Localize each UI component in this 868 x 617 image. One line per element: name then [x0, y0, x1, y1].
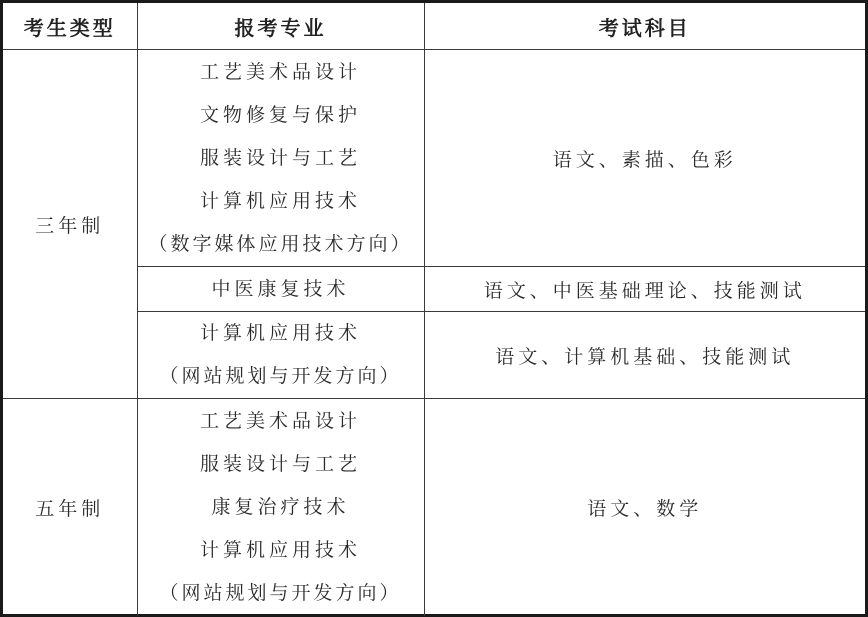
- major-name: 服装设计与工艺: [138, 443, 424, 486]
- student-type-label: 三年制: [35, 215, 104, 237]
- major-name: 服装设计与工艺: [138, 137, 424, 180]
- major-cell: 计算机应用技术 （网站规划与开发方向）: [137, 312, 424, 399]
- header-major: 报考专业: [137, 3, 424, 50]
- exam-subjects: 语文、计算机基础、技能测试: [495, 346, 794, 368]
- admission-subjects-table: 考生类型 报考专业 考试科目 三年制 工艺美术品设计 文物修复与保护 服装设计与…: [3, 3, 865, 616]
- major-name: 康复治疗技术: [138, 486, 424, 529]
- header-exam-subjects: 考试科目: [424, 3, 865, 50]
- table-row: 五年制 工艺美术品设计 服装设计与工艺 康复治疗技术 计算机应用技术 （网站规划…: [3, 399, 865, 616]
- header-row: 考生类型 报考专业 考试科目: [3, 3, 865, 50]
- admission-subjects-table-frame: 考生类型 报考专业 考试科目 三年制 工艺美术品设计 文物修复与保护 服装设计与…: [0, 0, 868, 617]
- student-type-cell: 五年制: [3, 399, 137, 616]
- major-cell: 工艺美术品设计 服装设计与工艺 康复治疗技术 计算机应用技术 （网站规划与开发方…: [137, 399, 424, 616]
- major-direction: （网站规划与开发方向）: [138, 572, 424, 615]
- subjects-cell: 语文、素描、色彩: [424, 50, 865, 267]
- exam-subjects: 语文、数学: [587, 498, 702, 520]
- subjects-cell: 语文、计算机基础、技能测试: [424, 312, 865, 399]
- major-name: 中医康复技术: [138, 268, 424, 311]
- student-type-cell: 三年制: [3, 50, 137, 399]
- major-cell: 工艺美术品设计 文物修复与保护 服装设计与工艺 计算机应用技术 （数字媒体应用技…: [137, 50, 424, 267]
- major-name: 计算机应用技术: [138, 180, 424, 223]
- student-type-label: 五年制: [35, 498, 104, 520]
- major-name: 计算机应用技术: [138, 312, 424, 355]
- major-cell: 中医康复技术: [137, 267, 424, 312]
- subjects-cell: 语文、中医基础理论、技能测试: [424, 267, 865, 312]
- exam-subjects: 语文、素描、色彩: [553, 149, 737, 171]
- table-row: 三年制 工艺美术品设计 文物修复与保护 服装设计与工艺 计算机应用技术 （数字媒…: [3, 50, 865, 267]
- major-direction: （数字媒体应用技术方向）: [138, 223, 424, 266]
- major-name: 工艺美术品设计: [138, 400, 424, 443]
- major-name: 文物修复与保护: [138, 94, 424, 137]
- exam-subjects: 语文、中医基础理论、技能测试: [484, 280, 806, 302]
- major-name: 工艺美术品设计: [138, 51, 424, 94]
- header-student-type: 考生类型: [3, 3, 137, 50]
- major-direction: （网站规划与开发方向）: [138, 355, 424, 398]
- major-name: 计算机应用技术: [138, 529, 424, 572]
- subjects-cell: 语文、数学: [424, 399, 865, 616]
